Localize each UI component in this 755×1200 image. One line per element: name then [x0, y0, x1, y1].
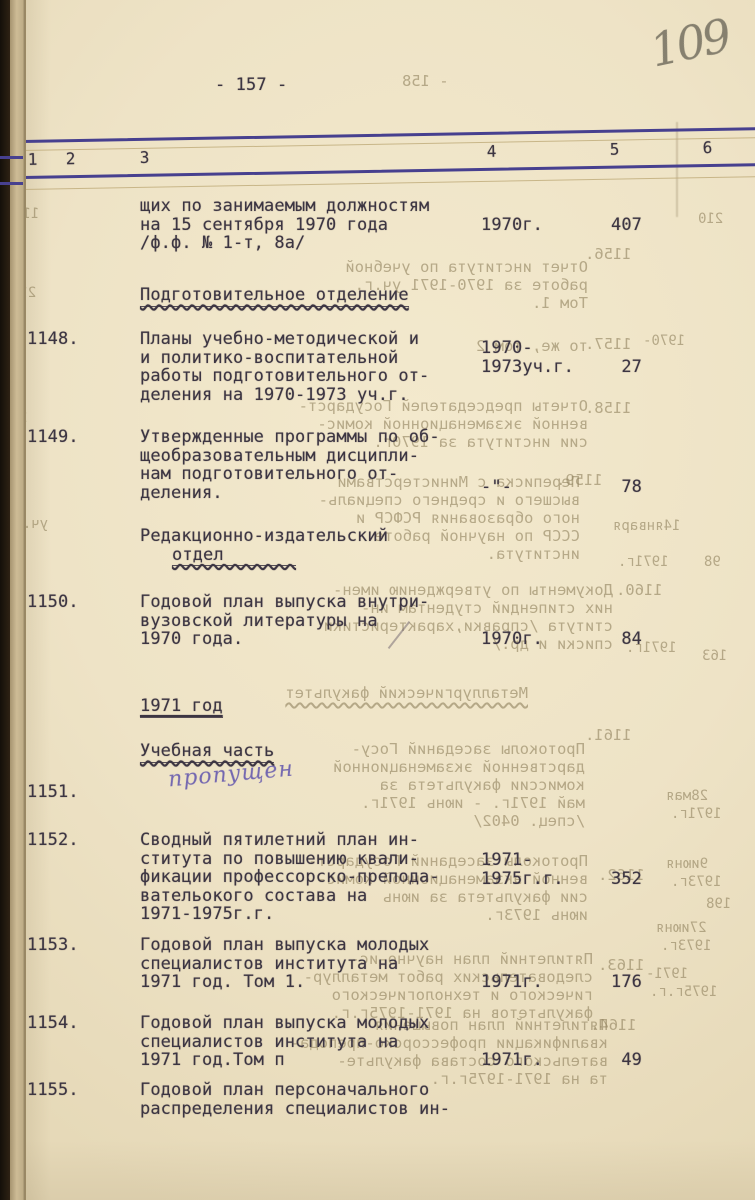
entry-number: 1154. — [27, 1014, 79, 1033]
continuation-heading-line: на 15 сентября 1970 года — [140, 216, 388, 235]
entry-text-line: Утвержденные программы по об- — [140, 428, 440, 447]
continuation-heading-line: щих по занимаемым должностям — [140, 197, 429, 216]
entry-number: 1149. — [27, 428, 79, 447]
year-heading-line: 1971 год — [140, 697, 223, 718]
scanned-archive-page: 109 - 157 - - 158 123456 1156.1157.1158.… — [0, 0, 755, 1200]
entry-item-count: 84 — [556, 630, 642, 649]
entry-text-line: 1971-1975г.г. — [140, 905, 274, 924]
entry-number: 1152. — [27, 831, 79, 850]
section-heading-line: отдел — [172, 546, 296, 567]
section-heading-line: Редакционно-издательский — [140, 527, 388, 546]
entry-text-line: специалистов института на — [140, 1033, 398, 1052]
entry-text-line: Годовой план персоначального — [140, 1081, 429, 1100]
entry-text-line: Годовой план выпуска молодых — [140, 936, 429, 955]
page-stack-edge — [10, 0, 26, 1200]
column-number-6: 6 — [703, 139, 713, 158]
entry-date: 1971г. — [481, 1051, 543, 1070]
entry-date: 1970- — [481, 339, 533, 358]
entry-item-count: 352 — [556, 870, 642, 889]
entry-text-line: деления. — [140, 484, 223, 503]
rule-stub-left-bottom — [0, 182, 23, 185]
entry-text-line: распределения специалистов ин- — [140, 1100, 450, 1119]
entry-text-line: Сводный пятилетний план ин- — [140, 831, 419, 850]
entry-date: 1970г. — [481, 216, 543, 235]
entry-date: 1975г.г. — [481, 870, 564, 889]
table-header-rules: 123456 — [21, 127, 755, 200]
entry-text-line: специалистов института на — [140, 955, 398, 974]
rule-stub-left-top — [0, 156, 23, 159]
entry-item-count: 27 — [556, 358, 642, 377]
entry-number: 1153. — [27, 936, 79, 955]
entry-item-count: 176 — [556, 973, 642, 992]
entry-text-line: нам подготовительного от- — [140, 465, 398, 484]
entry-item-count: 49 — [556, 1051, 642, 1070]
entry-text-line: 1971 год.Том п — [140, 1051, 285, 1070]
entry-date: 1971г. — [481, 973, 543, 992]
entry-date: 1971- — [481, 851, 533, 870]
section-heading-line: Подготовительное отделение — [140, 286, 409, 307]
entry-text-line: Годовой план выпуска молодых — [140, 1014, 429, 1033]
entry-text-line: 1970 года. — [140, 630, 243, 649]
entry-text-line: Планы учебно-методической и — [140, 330, 419, 349]
column-number-2: 2 — [66, 150, 76, 169]
entry-number: 1151. — [27, 783, 79, 802]
continuation-heading-line: /ф.ф. № 1-т, 8а/ — [140, 234, 305, 253]
column-number-3: 3 — [140, 149, 150, 168]
entry-number: 1148. — [27, 330, 79, 349]
entry-text-line: деления на 1970-1973 уч.г. — [140, 386, 409, 405]
header-faint-rule-2 — [22, 176, 755, 190]
entry-number: 1155. — [27, 1081, 79, 1100]
entry-text-line: фикации профессорско-препода- — [140, 868, 440, 887]
entry-date: -"- — [481, 478, 512, 497]
column-number-5: 5 — [610, 141, 620, 160]
entry-number: 1150. — [27, 593, 79, 612]
column-number-1: 1 — [28, 151, 38, 170]
header-bottom-rule — [22, 163, 755, 179]
entry-text-line: ститута по повышению квали- — [140, 850, 419, 869]
entry-text-line: вательокого состава на — [140, 887, 367, 906]
entry-text-line: и политико-воспитательной — [140, 349, 398, 368]
entry-text-line: Годовой план выпуска внутри- — [140, 593, 429, 612]
entry-text-line: вузовской литературы на — [140, 612, 378, 631]
entry-text-line: 1971 год. Том 1. — [140, 973, 305, 992]
entry-item-count: 78 — [556, 478, 642, 497]
entry-date: 1970г. — [481, 630, 543, 649]
entry-item-count: 407 — [556, 216, 642, 235]
binding-edge — [0, 0, 10, 1200]
entry-text-line: работы подготовительного от- — [140, 367, 429, 386]
column-number-4: 4 — [487, 143, 497, 162]
entry-text-line: щеобразовательным дисципли- — [140, 447, 419, 466]
